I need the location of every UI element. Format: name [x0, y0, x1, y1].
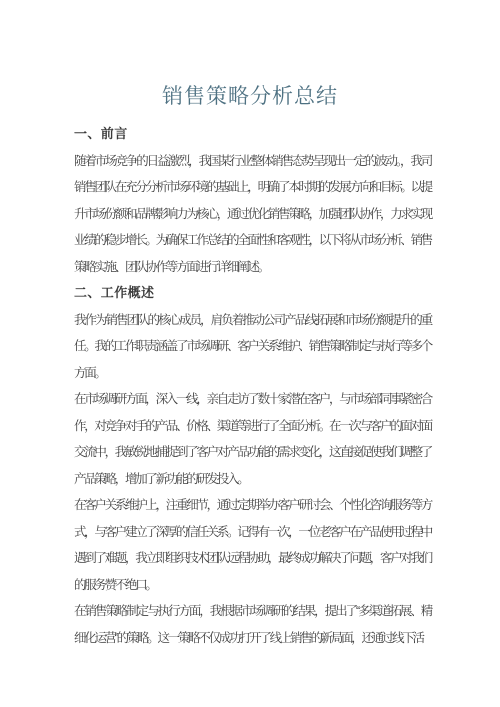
paragraph-role-overview: 我作为销售团队的核心成员，肩负着推动公司产品线拓展和市场份额提升的重任。我的工作…: [74, 307, 431, 387]
document-page: 销售策略分析总结 一、前言 随着市场竞争的日益激烈，我国某行业整体销售态势呈现出…: [0, 0, 500, 707]
paragraph-sales-strategy: 在销售策略制定与执行方面，我根据市场调研的结果，提出了“多渠道拓展、精细化运营”…: [74, 598, 431, 651]
section-heading-work-overview: 二、工作概述: [74, 280, 431, 307]
section-heading-preface: 一、前言: [74, 121, 431, 148]
paragraph-preface: 随着市场竞争的日益激烈，我国某行业整体销售态势呈现出一定的波动。，我司销售团队在…: [74, 148, 431, 281]
document-body: 一、前言 随着市场竞争的日益激烈，我国某行业整体销售态势呈现出一定的波动。，我司…: [74, 121, 431, 651]
paragraph-market-research: 在市场调研方面，深入一线，亲自走访了数十家潜在客户，与市场部同事紧密合作，对竞争…: [74, 386, 431, 492]
document-title: 销售策略分析总结: [0, 0, 500, 112]
paragraph-customer-relations: 在客户关系维护上，注重细节，通过定期举办客户研讨会、个性化咨询服务等方式，与客户…: [74, 492, 431, 598]
